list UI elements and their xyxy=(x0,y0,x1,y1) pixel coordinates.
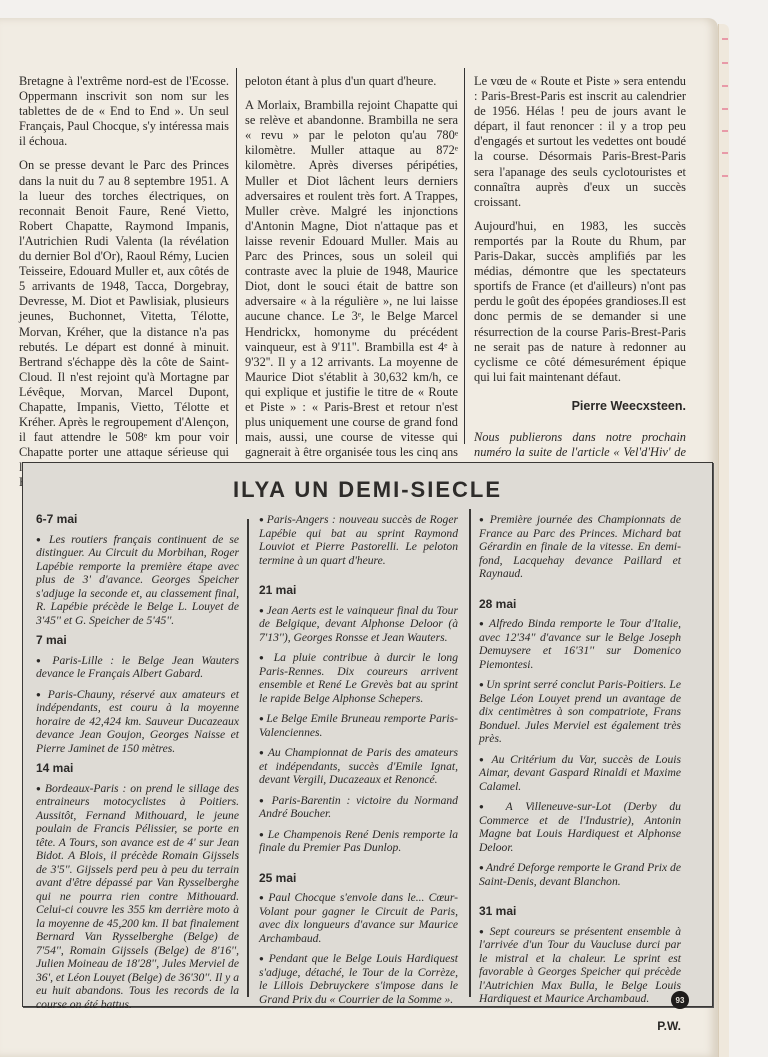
news-item: A Villeneuve-sur-Lot (Derby du Commerce … xyxy=(479,800,681,854)
column-divider xyxy=(464,68,465,444)
edge-mark xyxy=(722,152,728,154)
news-item: Bordeaux-Paris : on prend le sillage des… xyxy=(36,782,239,1012)
news-item: Le Champenois René Denis remporte la fin… xyxy=(259,828,458,855)
edge-mark xyxy=(722,85,728,87)
news-item: Un sprint serré conclut Paris-Poitiers. … xyxy=(479,678,681,746)
news-item: Première journée des Championnats de Fra… xyxy=(479,513,681,581)
history-box: ILYA UN DEMI-SIECLE 6-7 mai Les routiers… xyxy=(22,462,713,1007)
column-divider xyxy=(236,68,237,444)
edge-mark xyxy=(722,175,728,177)
box-column-divider xyxy=(247,519,249,997)
page-number-badge: 93 xyxy=(671,991,689,1009)
paragraph: A Morlaix, Brambilla rejoint Chapatte qu… xyxy=(245,98,458,475)
news-item: Paul Chocque s'envole dans le... Cœur-Vo… xyxy=(259,891,458,945)
box-column-2: Paris-Angers : nouveau succès de Roger L… xyxy=(259,513,458,1013)
box-column-divider xyxy=(469,509,471,997)
news-item: Au Critérium du Var, succès de Louis Aim… xyxy=(479,753,681,794)
paragraph: On se presse devant le Parc des Princes … xyxy=(19,158,229,490)
author-signature: Pierre Weecxsteen. xyxy=(474,399,686,414)
news-item: Au Championnat de Paris des amateurs et … xyxy=(259,746,458,787)
edge-mark xyxy=(722,130,728,132)
news-item: Paris-Angers : nouveau succès de Roger L… xyxy=(259,513,458,567)
date-heading: 14 mai xyxy=(36,762,239,776)
paragraph: Aujourd'hui, en 1983, les succès remport… xyxy=(474,219,686,385)
news-item: André Deforge remporte le Grand Prix de … xyxy=(479,861,681,888)
news-item: Jean Aerts est le vainqueur final du Tou… xyxy=(259,604,458,645)
page-edge xyxy=(718,24,729,1057)
edge-mark xyxy=(722,62,728,64)
box-column-3: Première journée des Championnats de Fra… xyxy=(479,513,681,1033)
date-heading: 28 mai xyxy=(479,598,681,612)
news-item: La pluie contribue à durcir le long Pari… xyxy=(259,651,458,705)
paragraph: Le vœu de « Route et Piste » sera entend… xyxy=(474,74,686,210)
date-heading: 25 mai xyxy=(259,872,458,886)
news-item: Le Belge Emile Bruneau remporte Paris-Va… xyxy=(259,712,458,739)
news-item: Paris-Barentin : victoire du Normand And… xyxy=(259,794,458,821)
box-title: ILYA UN DEMI-SIECLE xyxy=(23,477,712,503)
article-column-3: Le vœu de « Route et Piste » sera entend… xyxy=(474,74,686,484)
article-column-2: peloton étant à plus d'un quart d'heure.… xyxy=(245,74,458,484)
paragraph: peloton étant à plus d'un quart d'heure. xyxy=(245,74,458,89)
box-signature: P.W. xyxy=(479,1020,681,1034)
date-heading: 31 mai xyxy=(479,905,681,919)
paragraph: Bretagne à l'extrême nord-est de l'Ecoss… xyxy=(19,74,229,149)
date-heading: 7 mai xyxy=(36,634,239,648)
date-heading: 6-7 mai xyxy=(36,513,239,527)
news-item: Paris-Chauny, réservé aux amateurs et in… xyxy=(36,688,239,756)
edge-mark xyxy=(722,108,728,110)
news-item: Les routiers français continuent de se d… xyxy=(36,533,239,628)
box-column-1: 6-7 mai Les routiers français continuent… xyxy=(36,513,239,1018)
news-item: Sept coureurs se présentent ensemble à l… xyxy=(479,925,681,1006)
article-column-1: Bretagne à l'extrême nord-est de l'Ecoss… xyxy=(19,74,229,500)
edge-mark xyxy=(722,38,728,40)
news-item: Alfredo Binda remporte le Tour d'Italie,… xyxy=(479,617,681,671)
news-item: Paris-Lille : le Belge Jean Wauters deva… xyxy=(36,654,239,681)
date-heading: 21 mai xyxy=(259,584,458,598)
news-item: Pendant que le Belge Louis Hardiquest s'… xyxy=(259,952,458,1006)
